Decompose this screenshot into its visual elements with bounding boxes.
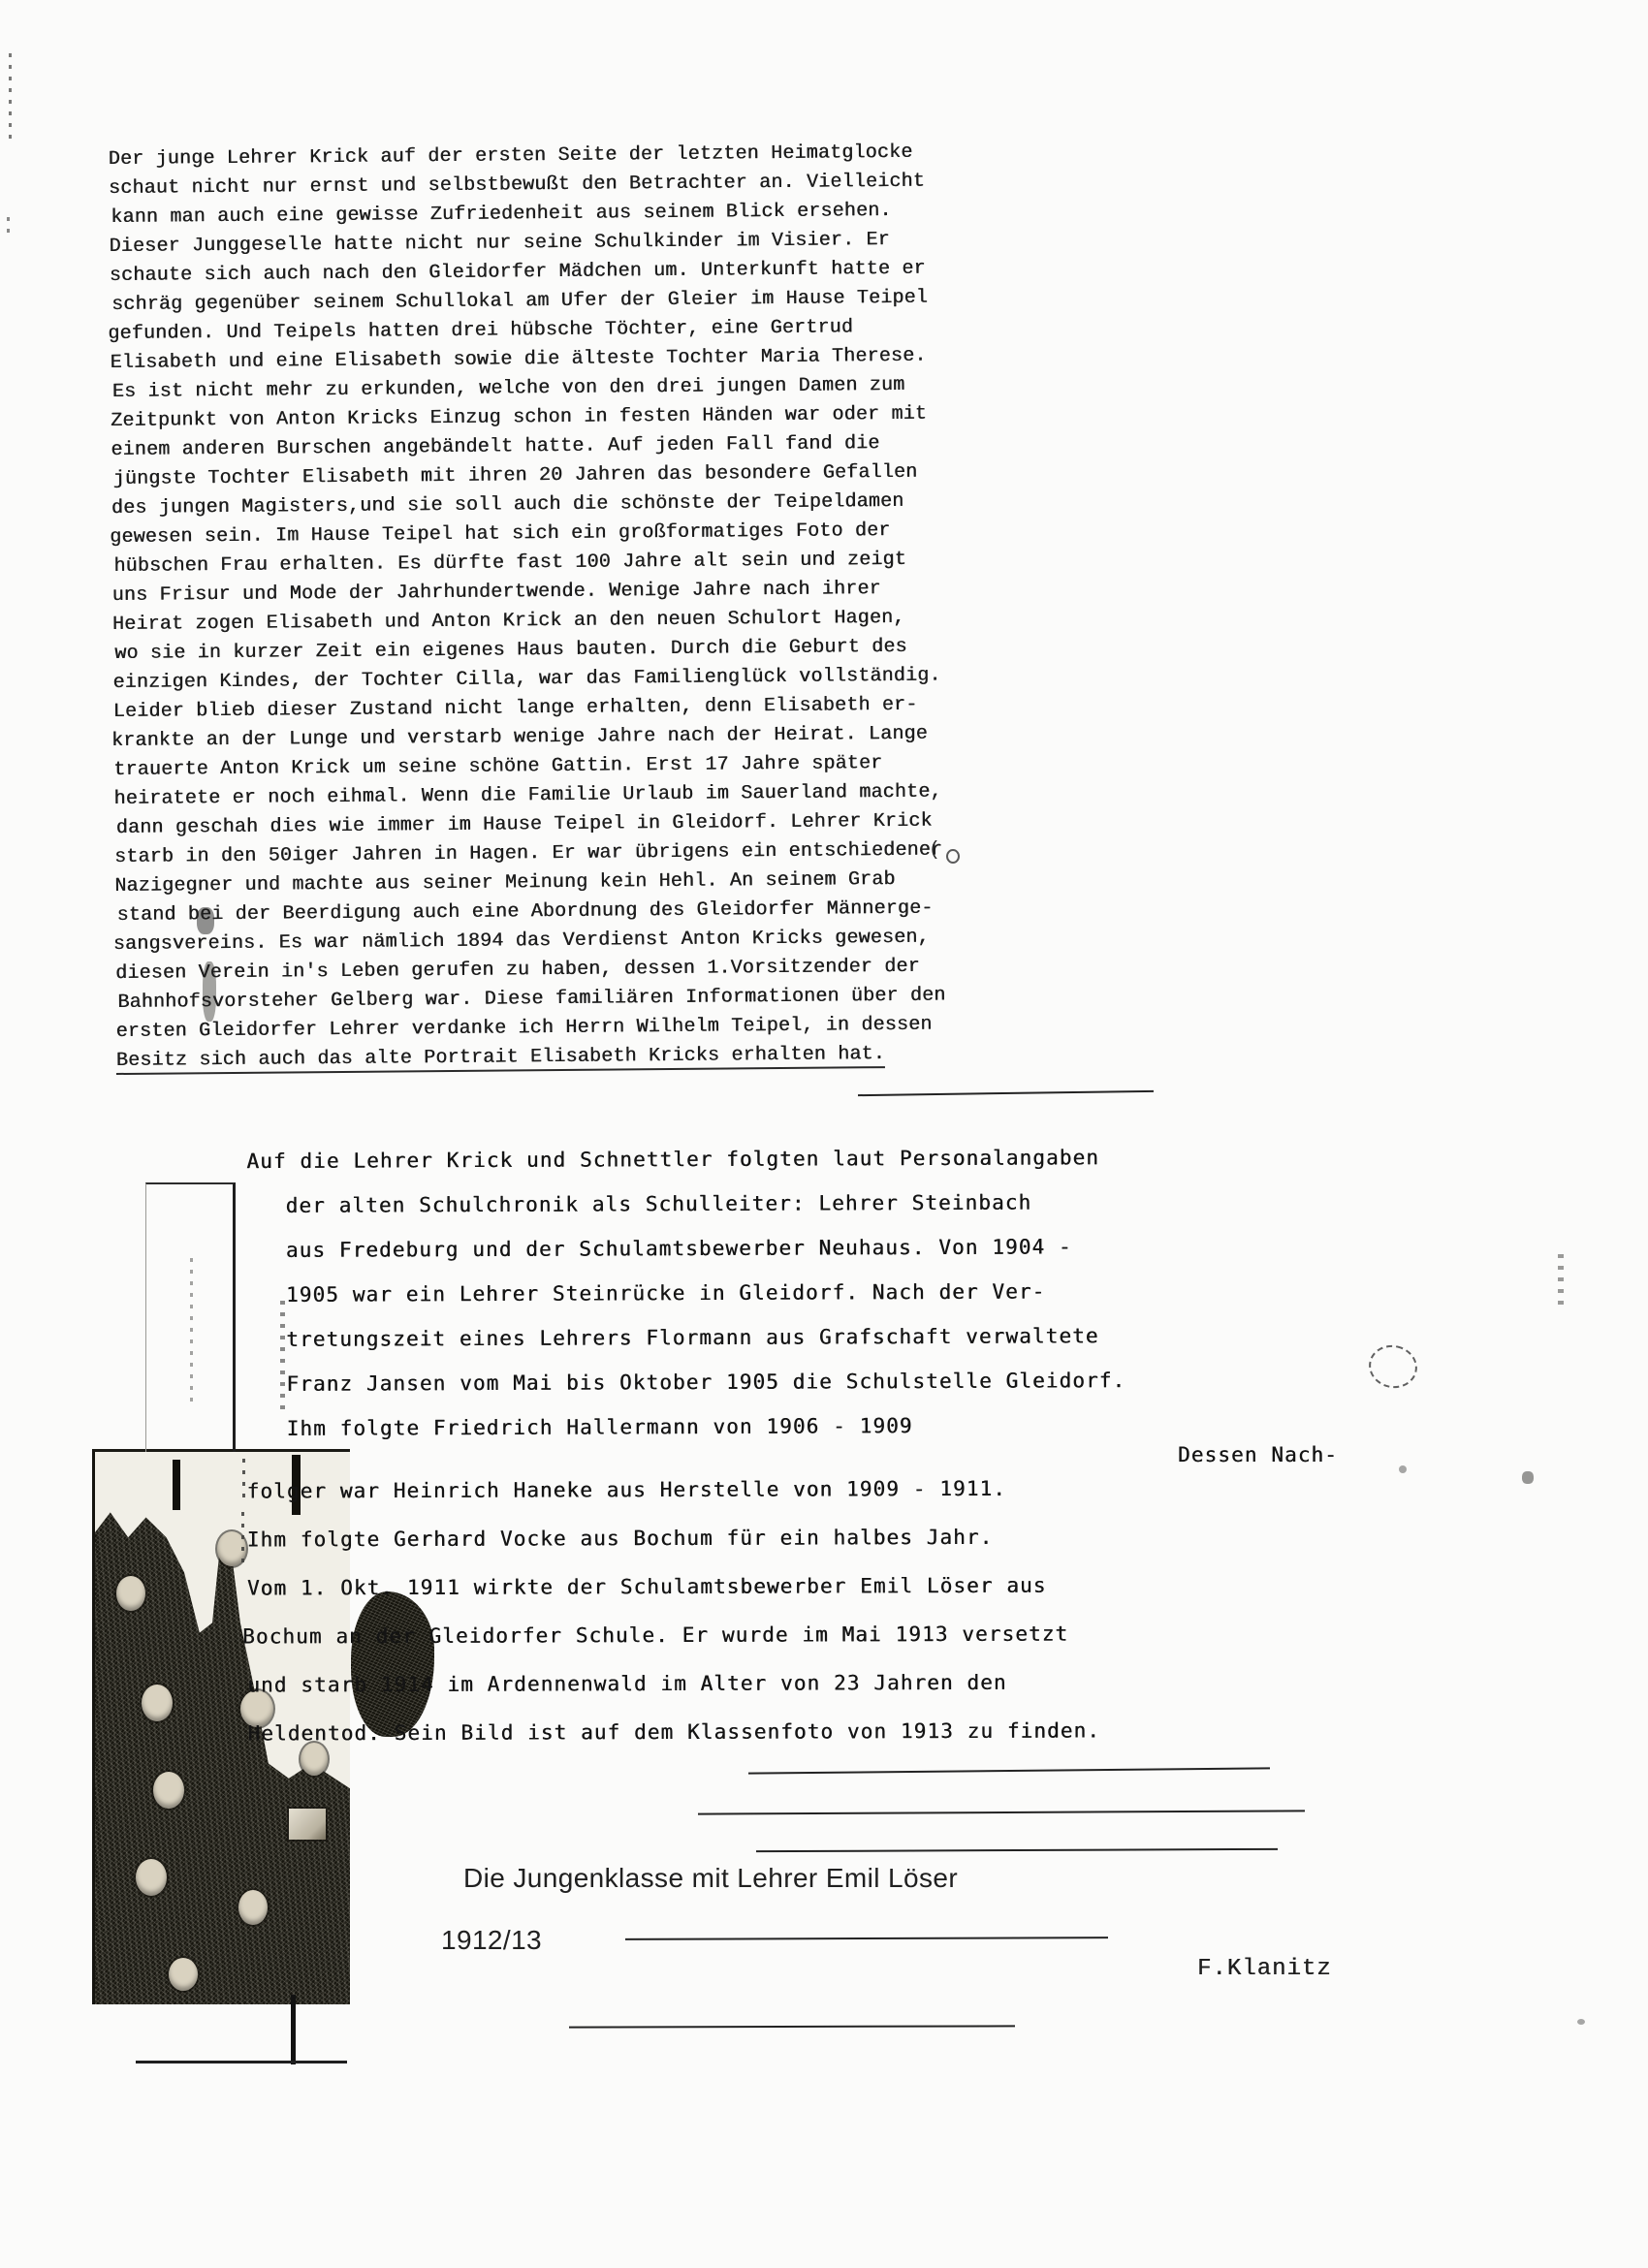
chronicle-line: tretungszeit eines Lehrers Flormann aus … (286, 1313, 1125, 1362)
chronicle-line: und starb 1914 im Ardennenwald im Alter … (247, 1657, 1100, 1709)
fold-mark (242, 1459, 245, 1505)
typewritten-paragraph: Der junge Lehrer Krick auf der ersten Se… (109, 138, 960, 1076)
edge-speck (1577, 2019, 1585, 2025)
photo-face (153, 1772, 184, 1809)
edge-speck (1522, 1471, 1534, 1484)
fold-mark (241, 1512, 244, 1562)
chronicle-line: Heldentod. Sein Bild ist auf dem Klassen… (247, 1706, 1100, 1757)
edge-speck (1399, 1465, 1407, 1473)
photo-border-segment (291, 1995, 296, 2064)
photo-caption: Die Jungenklasse mit Lehrer Emil Löser (463, 1863, 958, 1894)
stray-paren-mark: ( (929, 839, 940, 862)
photo-object (289, 1809, 326, 1840)
ruled-line (569, 2025, 1015, 2028)
edge-speck (1558, 1254, 1564, 1305)
chronicle-line: Ihm folgte Gerhard Vocke aus Bochum für … (247, 1512, 1100, 1563)
photo-border-segment (136, 2061, 347, 2063)
ink-circle-mark (946, 849, 960, 864)
stamp-circle (1365, 1340, 1421, 1392)
photo-face (142, 1685, 173, 1721)
chronicle-continuation: folger war Heinrich Haneke aus Herstelle… (246, 1464, 1100, 1757)
ruled-line (698, 1810, 1305, 1814)
chronicle-line: Bochum an der Gleidorfer Schule. Er wurd… (242, 1609, 1100, 1660)
scanned-document-page: Der junge Lehrer Krick auf der ersten Se… (0, 0, 1648, 2268)
photo-caption-year: 1912/13 (441, 1925, 542, 1956)
chronicle-line: der alten Schulchronik als Schulleiter: … (286, 1180, 1125, 1228)
photo-detail (173, 1460, 180, 1510)
ruled-line (756, 1848, 1278, 1852)
trailing-rule (858, 1090, 1154, 1096)
chronicle-line: folger war Heinrich Haneke aus Herstelle… (246, 1464, 1099, 1515)
chronicle-line: Franz Jansen vom Mai bis Oktober 1905 di… (286, 1358, 1125, 1406)
chronicle-line: 1905 war ein Lehrer Steinrücke in Gleido… (286, 1269, 1125, 1317)
chronicle-line: Ihm folgte Friedrich Hallermann von 1906… (287, 1402, 1126, 1451)
photo-face (169, 1958, 198, 1991)
chronicle-line: aus Fredeburg und der Schulamtsbewerber … (286, 1224, 1125, 1273)
chronicle-line: Auf die Lehrer Krick und Schnettler folg… (246, 1135, 1125, 1183)
photo-face (116, 1576, 145, 1611)
signature: F.Klanitz (1197, 1956, 1332, 1982)
dessen-nach-line: Dessen Nach- (1178, 1440, 1338, 1469)
paragraph-line: Besitz sich auch das alte Portrait Elisa… (116, 1039, 960, 1076)
ink-smudge (190, 1258, 193, 1403)
photo-face (238, 1890, 268, 1925)
edge-speck (9, 53, 12, 142)
photo-face (136, 1859, 167, 1896)
underlined-closing-line: Besitz sich auch das alte Portrait Elisa… (116, 1043, 885, 1075)
edge-speck (7, 217, 10, 236)
ruled-line (625, 1937, 1108, 1940)
ruled-line (748, 1767, 1270, 1774)
chronicle-intro: Auf die Lehrer Krick und Schnettler folg… (285, 1135, 1125, 1451)
ink-smudge (280, 1301, 285, 1409)
chronicle-line: Vom 1. Okt. 1911 wirkte der Schulamtsbew… (247, 1560, 1100, 1612)
